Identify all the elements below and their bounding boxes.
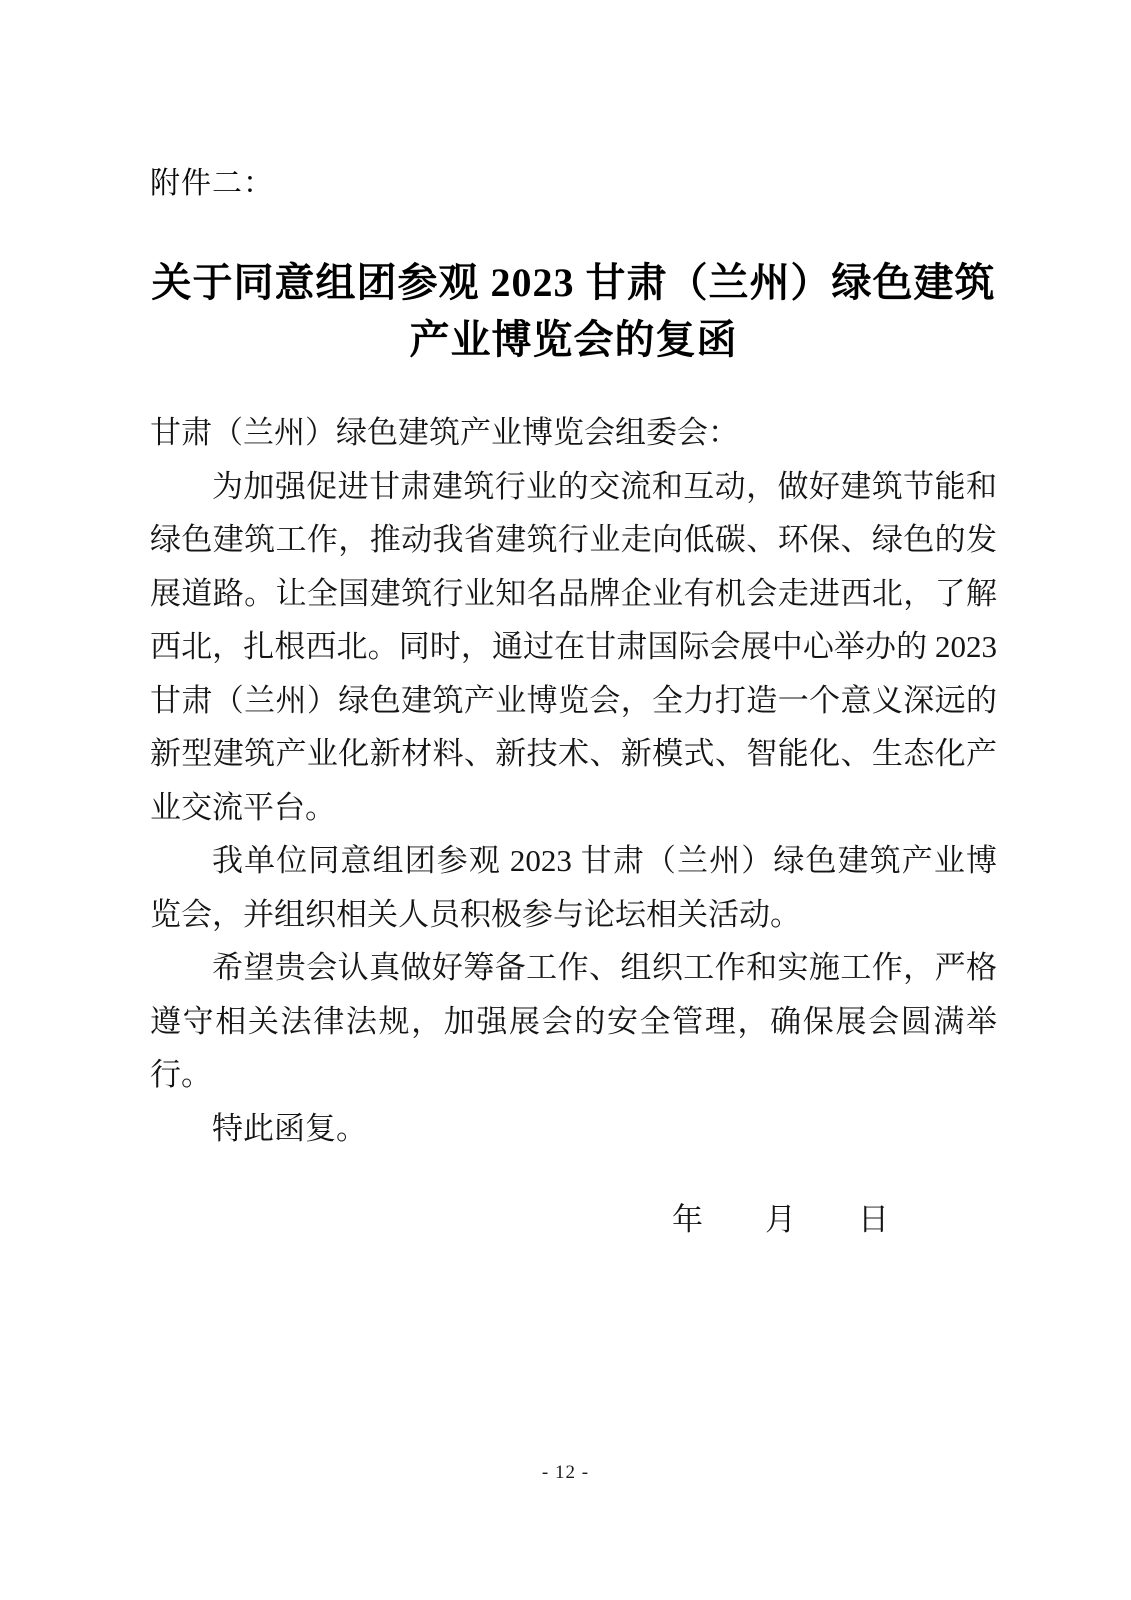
title-line-2: 产业博览会的复函 — [150, 311, 997, 368]
page-number: - 12 - — [0, 1462, 1131, 1484]
paragraph-2: 我单位同意组团参观 2023 甘肃（兰州）绿色建筑产业博览会，并组织相关人员积极… — [150, 834, 997, 941]
document-content: 附件二： 关于同意组团参观 2023 甘肃（兰州）绿色建筑 产业博览会的复函 甘… — [150, 0, 997, 1155]
document-page: 附件二： 关于同意组团参观 2023 甘肃（兰州）绿色建筑 产业博览会的复函 甘… — [0, 0, 1131, 1600]
date-year-label: 年 — [672, 1200, 703, 1240]
closing-phrase: 特此函复。 — [150, 1102, 997, 1156]
paragraph-1: 为加强促进甘肃建筑行业的交流和互动，做好建筑节能和绿色建筑工作，推动我省建筑行业… — [150, 460, 997, 835]
date-day-label: 日 — [858, 1200, 889, 1240]
date-line: 年 月 日 — [672, 1200, 889, 1240]
title-line-1: 关于同意组团参观 2023 甘肃（兰州）绿色建筑 — [150, 254, 997, 311]
document-title: 关于同意组团参观 2023 甘肃（兰州）绿色建筑 产业博览会的复函 — [150, 254, 997, 368]
attachment-label: 附件二： — [150, 166, 997, 202]
date-month-label: 月 — [765, 1200, 796, 1240]
salutation: 甘肃（兰州）绿色建筑产业博览会组委会： — [150, 406, 997, 460]
paragraph-3: 希望贵会认真做好筹备工作、组织工作和实施工作，严格遵守相关法律法规，加强展会的安… — [150, 941, 997, 1102]
letter-body: 甘肃（兰州）绿色建筑产业博览会组委会： 为加强促进甘肃建筑行业的交流和互动，做好… — [150, 406, 997, 1155]
